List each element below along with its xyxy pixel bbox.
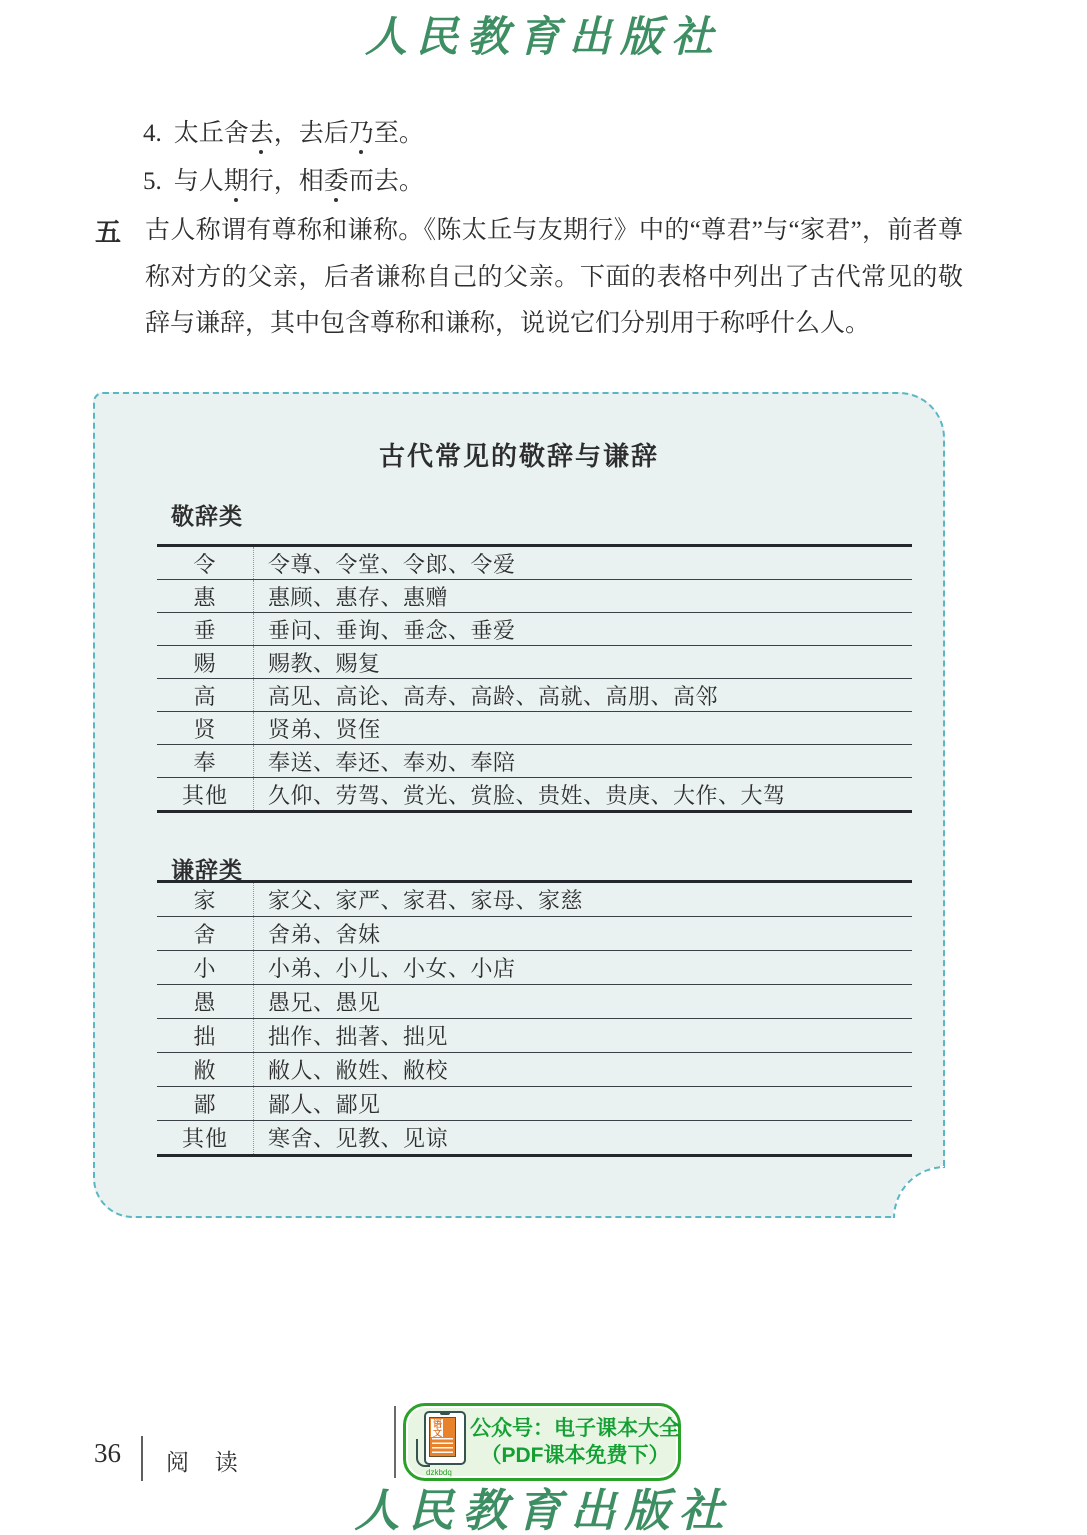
table-row: 惠 惠顾、惠存、惠赠 — [157, 580, 912, 613]
term-cell: 鄙 — [157, 1087, 253, 1120]
section-label-honorifics: 敬辞类 — [171, 498, 243, 531]
page-number: 36 — [94, 1438, 121, 1469]
term-cell: 令 — [157, 547, 253, 579]
item-number: 4. — [143, 120, 162, 147]
term-cell: 拙 — [157, 1019, 253, 1052]
term-cell: 小 — [157, 951, 253, 984]
table-row: 令 令尊、令堂、令郎、令爱 — [157, 547, 912, 580]
examples-cell: 久仰、劳驾、赏光、赏脸、贵姓、贵庚、大作、大驾 — [253, 778, 912, 810]
table-row: 家 家父、家严、家君、家母、家慈 — [157, 883, 912, 917]
term-cell: 惠 — [157, 580, 253, 612]
examples-cell: 舍弟、舍妹 — [253, 917, 912, 950]
table-row: 小 小弟、小儿、小女、小店 — [157, 951, 912, 985]
examples-cell: 奉送、奉还、奉劝、奉陪 — [253, 745, 912, 777]
honorifics-table: 令 令尊、令堂、令郎、令爱 惠 惠顾、惠存、惠赠 垂 垂问、垂询、垂念、垂爱 赐… — [157, 544, 912, 813]
table-row: 赐 赐教、赐复 — [157, 646, 912, 679]
term-cell: 奉 — [157, 745, 253, 777]
examples-cell: 贤弟、贤侄 — [253, 712, 912, 744]
examples-cell: 家父、家严、家君、家母、家慈 — [253, 883, 912, 916]
box-title: 古代常见的敬辞与谦辞 — [95, 436, 943, 473]
term-cell: 舍 — [157, 917, 253, 950]
term-cell: 高 — [157, 679, 253, 711]
examples-cell: 高见、高论、高寿、高龄、高就、高朋、高邻 — [253, 679, 912, 711]
textbook-page: 人民教育出版社 4.太丘舍去，去后乃至。 5.与人期行，相委而去。 五 古人称谓… — [0, 0, 1087, 1535]
table-row: 鄙 鄙人、鄙见 — [157, 1087, 912, 1121]
examples-cell: 寒舍、见教、见谅 — [253, 1121, 912, 1154]
publisher-logo-text: 人民教育出版社 — [354, 1486, 732, 1535]
tablet-book-icon: 语文 dzkbdq — [414, 1409, 470, 1475]
term-cell: 其他 — [157, 1121, 253, 1154]
tablet-camera-icon — [440, 1412, 450, 1415]
table-row: 舍 舍弟、舍妹 — [157, 917, 912, 951]
examples-cell: 垂问、垂询、垂念、垂爱 — [253, 613, 912, 645]
footer-section-title: 阅 读 — [166, 1444, 248, 1477]
table-row: 愚 愚兄、愚见 — [157, 985, 912, 1019]
cover-label: 语文 — [431, 1419, 443, 1437]
examples-cell: 愚兄、愚见 — [253, 985, 912, 1018]
question-number: 五 — [95, 212, 121, 249]
examples-cell: 拙作、拙著、拙见 — [253, 1019, 912, 1052]
question-text: 古人称谓有尊称和谦称。《陈太丘与友期行》中的“尊君”与“家君”，前者尊称对方的父… — [145, 208, 963, 348]
badge-line2: （PDF课本免费下） — [470, 1442, 680, 1469]
box-corner-notch — [893, 1166, 945, 1218]
term-cell: 其他 — [157, 778, 253, 810]
badge-text: 公众号：电子课本大全 （PDF课本免费下） — [470, 1415, 686, 1469]
table-row: 其他 寒舍、见教、见谅 — [157, 1121, 912, 1154]
table-row: 其他 久仰、劳驾、赏光、赏脸、贵姓、贵庚、大作、大驾 — [157, 778, 912, 810]
publisher-logo-text: 人民教育出版社 — [365, 15, 722, 61]
term-cell: 家 — [157, 883, 253, 916]
publisher-logo-top: 人民教育出版社 — [0, 4, 1087, 64]
table-row: 拙 拙作、拙著、拙见 — [157, 1019, 912, 1053]
table-row: 高 高见、高论、高寿、高龄、高就、高朋、高邻 — [157, 679, 912, 712]
term-cell: 赐 — [157, 646, 253, 678]
footer-center-rule — [394, 1406, 396, 1478]
textbook-cover-icon: 语文 — [429, 1417, 456, 1457]
item-number: 5. — [143, 168, 162, 195]
badge-line1: 公众号：电子课本大全 — [470, 1415, 680, 1442]
table-row: 敝 敝人、敝姓、敝校 — [157, 1053, 912, 1087]
table-row: 垂 垂问、垂询、垂念、垂爱 — [157, 613, 912, 646]
examples-cell: 令尊、令堂、令郎、令爱 — [253, 547, 912, 579]
tablet-icon: 语文 — [424, 1411, 466, 1465]
humble-table: 家 家父、家严、家君、家母、家慈 舍 舍弟、舍妹 小 小弟、小儿、小女、小店 愚… — [157, 880, 912, 1157]
item-text: 太丘舍去，去后乃至。 — [174, 120, 424, 147]
term-cell: 贤 — [157, 712, 253, 744]
honorifics-table-box: 古代常见的敬辞与谦辞 敬辞类 令 令尊、令堂、令郎、令爱 惠 惠顾、惠存、惠赠 … — [93, 392, 945, 1218]
publisher-logo-bottom: 人民教育出版社 — [0, 1474, 1087, 1535]
examples-cell: 鄙人、鄙见 — [253, 1087, 912, 1120]
examples-cell: 小弟、小儿、小女、小店 — [253, 951, 912, 984]
term-cell: 敝 — [157, 1053, 253, 1086]
item-text: 与人期行，相委而去。 — [174, 168, 424, 195]
term-cell: 垂 — [157, 613, 253, 645]
examples-cell: 惠顾、惠存、惠赠 — [253, 580, 912, 612]
examples-cell: 赐教、赐复 — [253, 646, 912, 678]
exercise-item-5: 5.与人期行，相委而去。 — [143, 161, 424, 197]
examples-cell: 敝人、敝姓、敝校 — [253, 1053, 912, 1086]
term-cell: 愚 — [157, 985, 253, 1018]
table-row: 奉 奉送、奉还、奉劝、奉陪 — [157, 745, 912, 778]
exercise-item-4: 4.太丘舍去，去后乃至。 — [143, 113, 424, 149]
exercise-question-5: 五 古人称谓有尊称和谦称。《陈太丘与友期行》中的“尊君”与“家君”，前者尊称对方… — [95, 208, 963, 348]
wechat-watermark-badge: 语文 dzkbdq 公众号：电子课本大全 （PDF课本免费下） — [403, 1403, 681, 1481]
table-row: 贤 贤弟、贤侄 — [157, 712, 912, 745]
